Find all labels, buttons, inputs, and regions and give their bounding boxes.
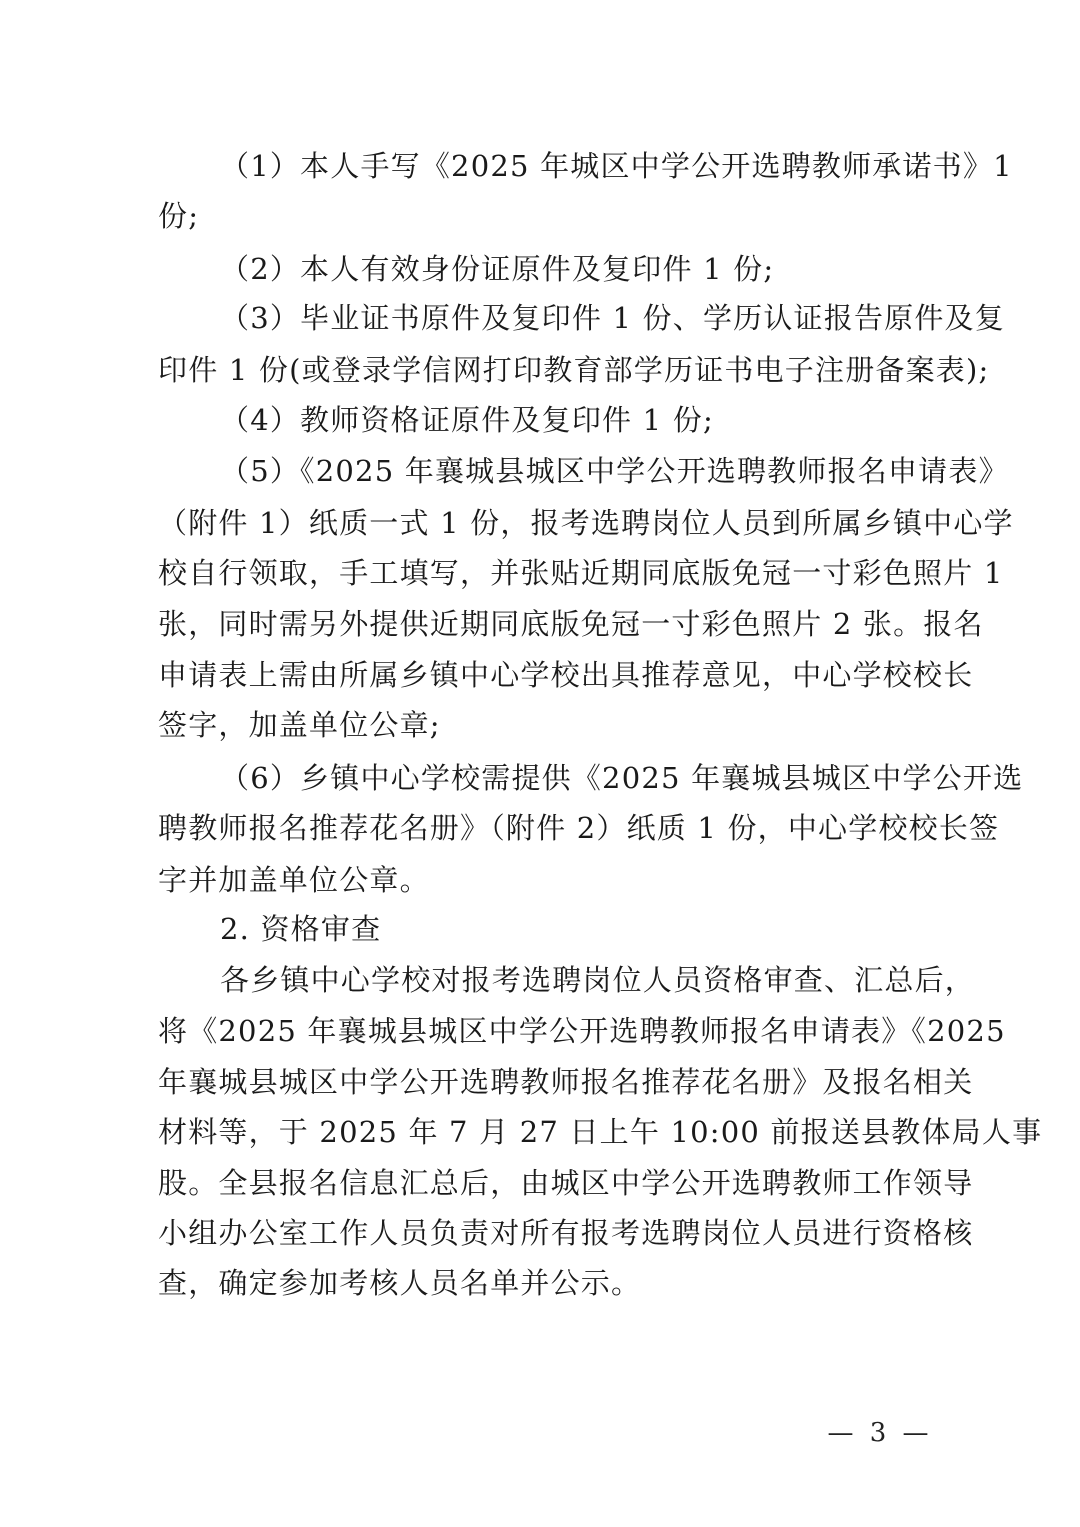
text-line: （3）毕业证书原件及复印件 1 份、学历认证报告原件及复 xyxy=(220,298,948,338)
text-line: 小组办公室工作人员负责对所有报考选聘岗位人员进行资格核 xyxy=(158,1213,948,1253)
text-line: 股。全县报名信息汇总后，由城区中学公开选聘教师工作领导 xyxy=(158,1163,948,1203)
text-line: （1）本人手写《2025 年城区中学公开选聘教师承诺书》1 xyxy=(220,146,948,186)
text-line: 各乡镇中心学校对报考选聘岗位人员资格审查、汇总后， xyxy=(220,960,948,1000)
text-line: 校自行领取，手工填写，并张贴近期同底版免冠一寸彩色照片 1 xyxy=(158,553,948,593)
document-page: （1）本人手写《2025 年城区中学公开选聘教师承诺书》1份;（2）本人有效身份… xyxy=(0,0,1080,1527)
text-line: （5）《2025 年襄城县城区中学公开选聘教师报名申请表》 xyxy=(220,451,948,491)
text-line: （2）本人有效身份证原件及复印件 1 份; xyxy=(220,249,948,289)
text-line: 材料等，于 2025 年 7 月 27 日上午 10:00 前报送县教体局人事 xyxy=(158,1112,948,1152)
text-line: 将《2025 年襄城县城区中学公开选聘教师报名申请表》《2025 xyxy=(158,1011,948,1051)
text-line: 查，确定参加考核人员名单并公示。 xyxy=(158,1263,948,1303)
text-line: （附件 1）纸质一式 1 份，报考选聘岗位人员到所属乡镇中心学 xyxy=(158,503,948,543)
text-line: 年襄城县城区中学公开选聘教师报名推荐花名册》及报名相关 xyxy=(158,1062,948,1102)
text-line: 份; xyxy=(158,196,948,236)
section-heading: 2. 资格审查 xyxy=(220,909,948,949)
text-line: 字并加盖单位公章。 xyxy=(158,860,948,900)
page-number: — 3 — xyxy=(820,1415,940,1451)
text-line: 签字，加盖单位公章; xyxy=(158,705,948,745)
text-line: 印件 1 份(或登录学信网打印教育部学历证书电子注册备案表); xyxy=(158,350,948,390)
text-line: 聘教师报名推荐花名册》（附件 2）纸质 1 份，中心学校校长签 xyxy=(158,808,948,848)
text-line: 张，同时需另外提供近期同底版免冠一寸彩色照片 2 张。报名 xyxy=(158,604,948,644)
text-line: 申请表上需由所属乡镇中心学校出具推荐意见，中心学校校长 xyxy=(158,655,948,695)
text-line: （4）教师资格证原件及复印件 1 份; xyxy=(220,400,948,440)
text-line: （6）乡镇中心学校需提供《2025 年襄城县城区中学公开选 xyxy=(220,758,948,798)
